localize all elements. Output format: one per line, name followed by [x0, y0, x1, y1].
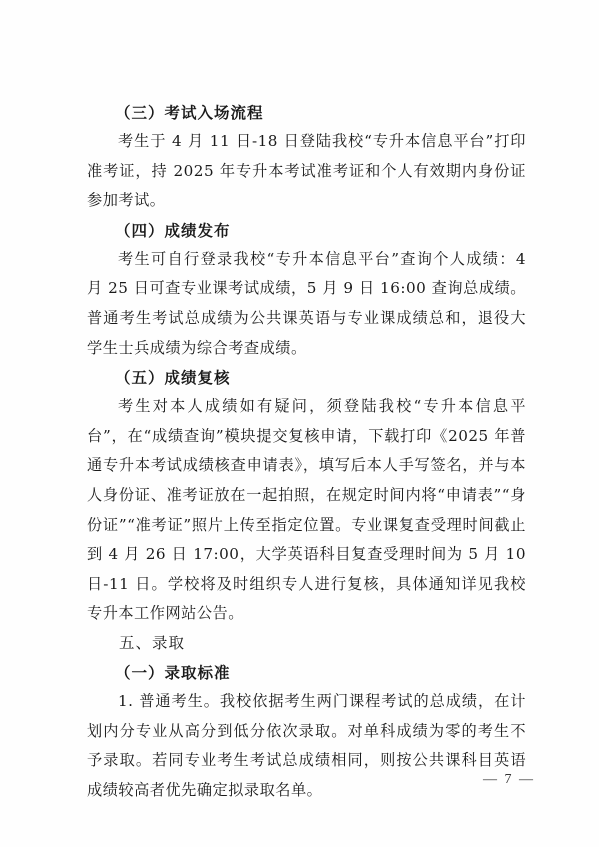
paragraph-score-release: 考生可自行登录我校“专升本信息平台”查询个人成绩：4 月 25 日可查专业课考试…	[87, 245, 526, 363]
document-page: （三）考试入场流程 考生于 4 月 11 日-18 日登陆我校“专升本信息平台”…	[0, 0, 599, 847]
paragraph-exam-entry: 考生于 4 月 11 日-18 日登陆我校“专升本信息平台”打印准考证，持 20…	[87, 127, 526, 216]
subheading-score-review: （五）成绩复核	[87, 363, 526, 392]
paragraph-score-review: 考生对本人成绩如有疑问，须登陆我校“专升本信息平台”，在“成绩查询”模块提交复核…	[87, 392, 526, 629]
heading-admission: 五、录取	[87, 629, 526, 658]
subheading-exam-entry: （三）考试入场流程	[87, 98, 526, 127]
paragraph-admission-criteria: 1. 普通考生。我校依据考生两门课程考试的总成绩，在计划内分专业从高分到低分依次…	[87, 687, 526, 805]
subheading-score-release: （四）成绩发布	[87, 216, 526, 245]
page-number: — 7 —	[483, 772, 535, 788]
page-content: （三）考试入场流程 考生于 4 月 11 日-18 日登陆我校“专升本信息平台”…	[87, 98, 526, 805]
subheading-admission-criteria: （一）录取标准	[87, 658, 526, 687]
